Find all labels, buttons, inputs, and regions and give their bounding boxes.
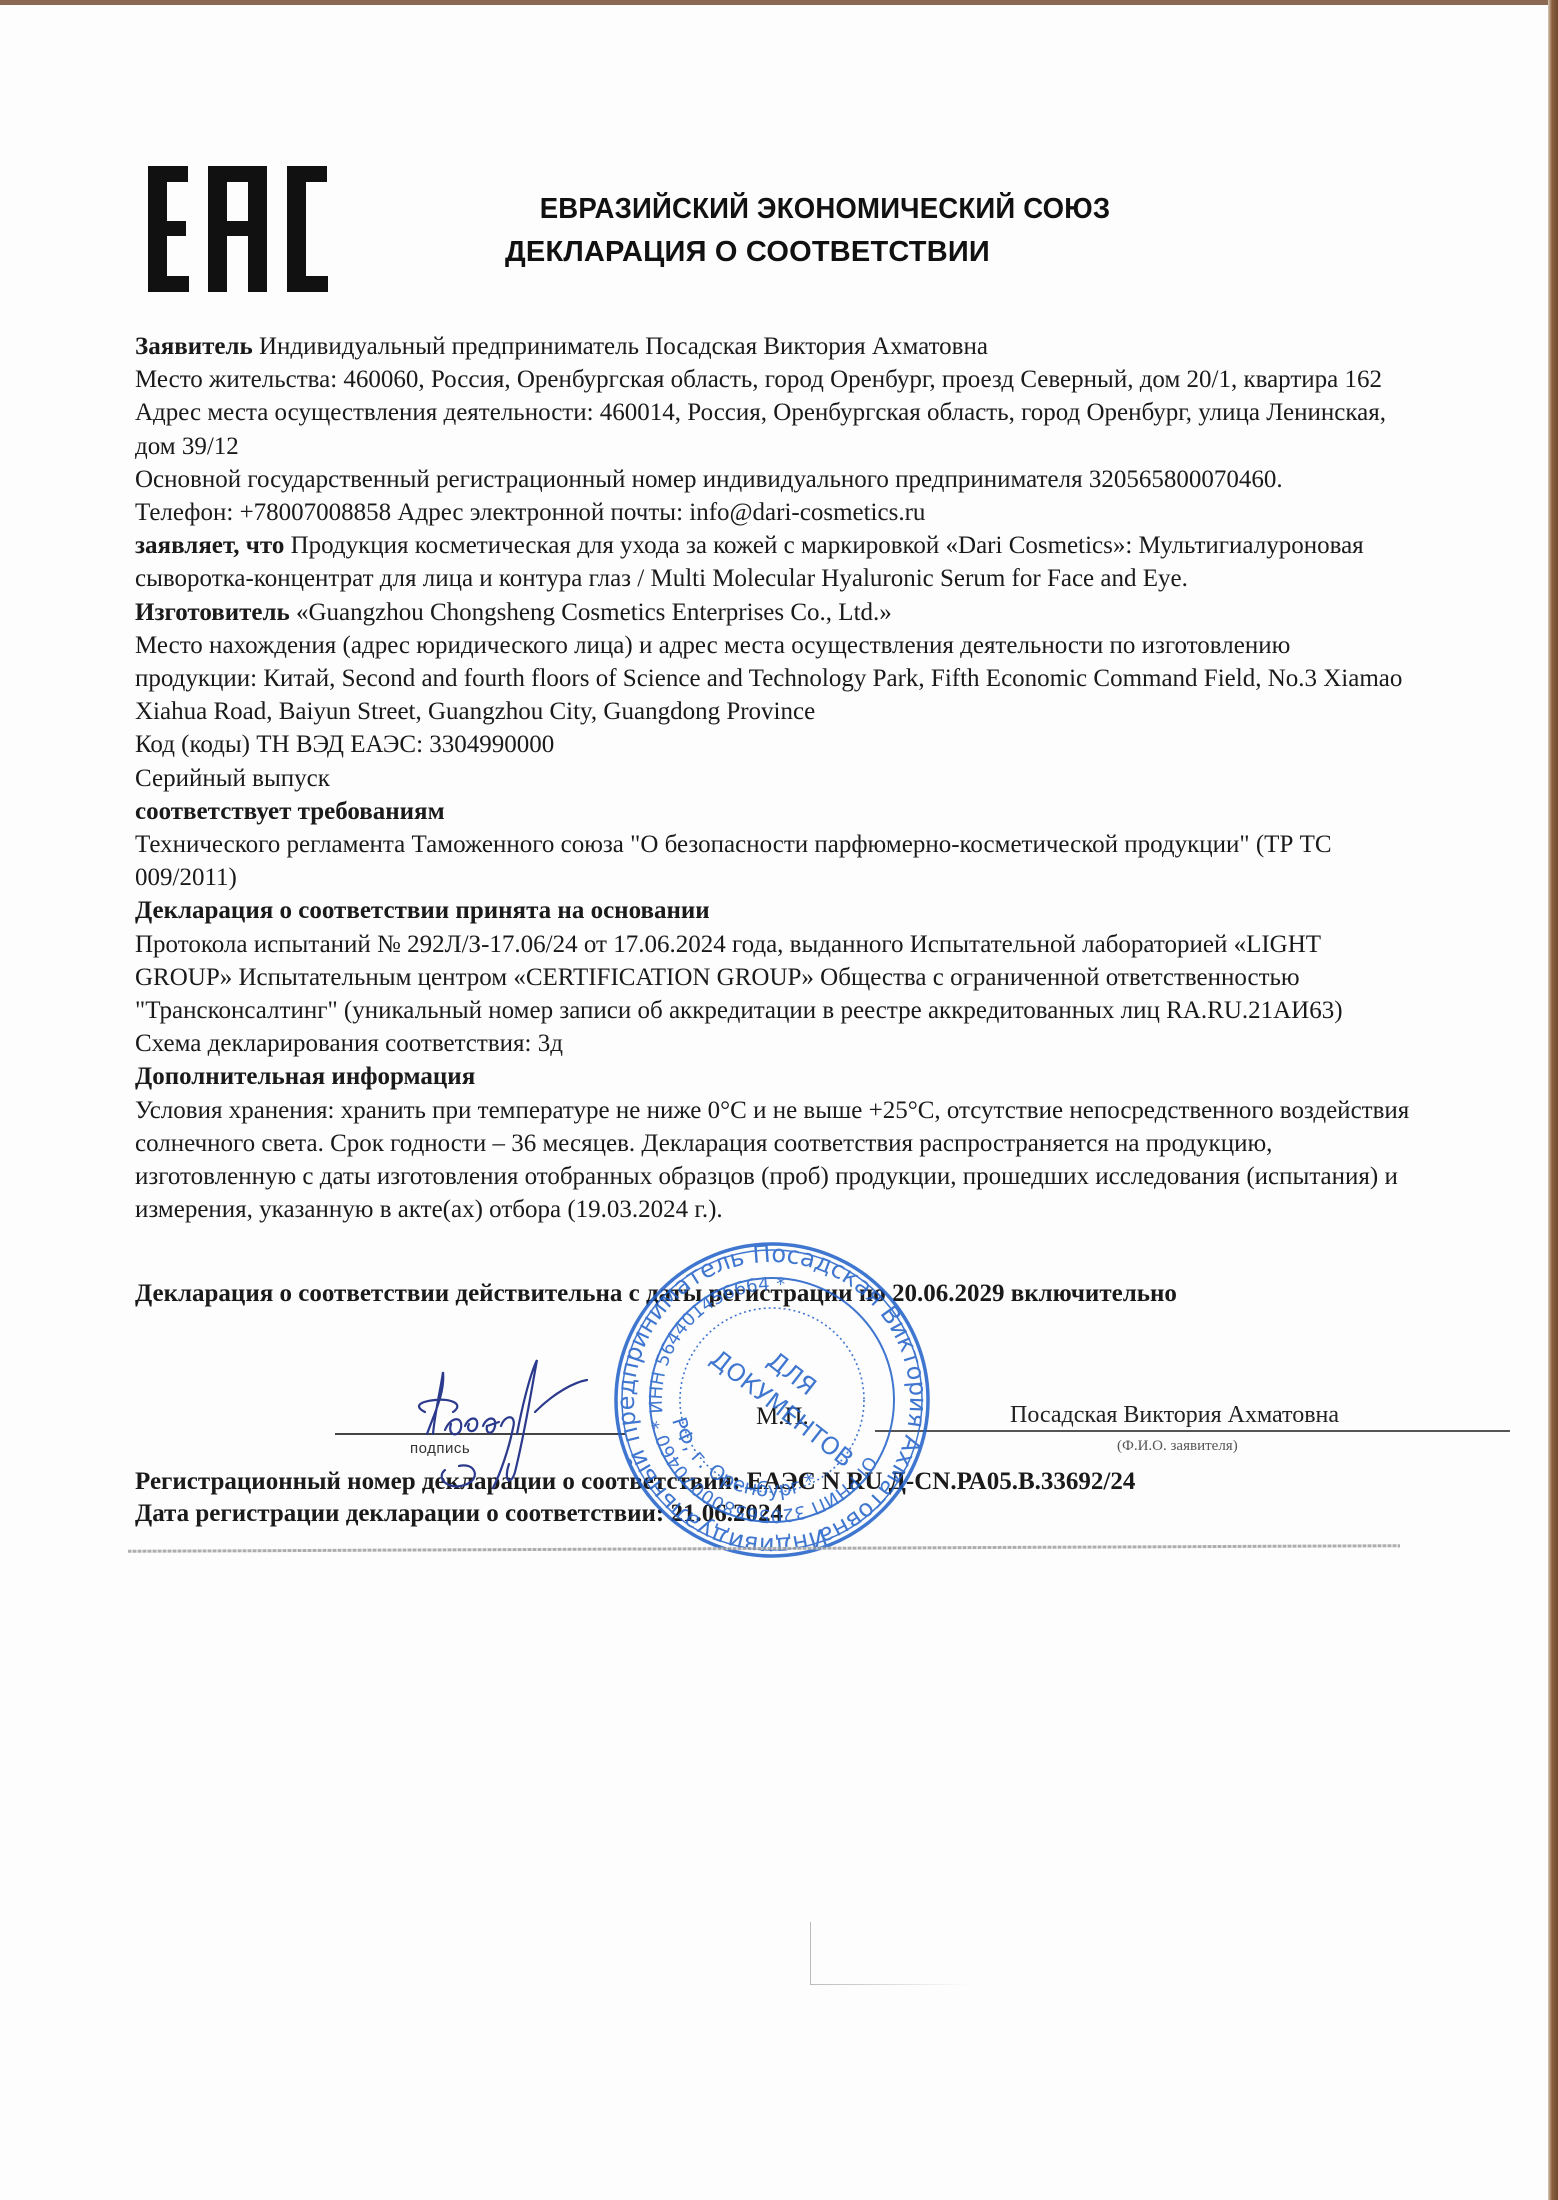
- name-line: [875, 1430, 1510, 1432]
- applicant-residence: Место жительства: 460060, Россия, Оренбу…: [135, 363, 1415, 396]
- applicant-line: Заявитель Индивидуальный предприниматель…: [135, 330, 1415, 363]
- scan-edge-top: [0, 0, 1558, 5]
- applicant-activity-address: Адрес места осуществления деятельности: …: [135, 396, 1415, 462]
- handwritten-signature-icon: [405, 1352, 605, 1492]
- manufacturer-address: Место нахождения (адрес юридического лиц…: [135, 629, 1415, 729]
- applicant-ogrnip: Основной государственный регистрационный…: [135, 463, 1415, 496]
- compliance-label: соответствует требованиям: [135, 795, 1415, 828]
- applicant-name-label: (Ф.И.О. заявителя): [1117, 1438, 1238, 1455]
- applicant-value: Индивидуальный предприниматель Посадская…: [253, 333, 988, 360]
- applicant-name: Посадская Виктория Ахматовна: [1010, 1402, 1339, 1429]
- scan-edge-right: [1548, 0, 1558, 2200]
- manufacturer-value: «Guangzhou Chongsheng Cosmetics Enterpri…: [290, 599, 892, 626]
- scan-artifact: [810, 1922, 811, 1984]
- manufacturer-label: Изготовитель: [135, 599, 290, 626]
- manufacturer-line: Изготовитель «Guangzhou Chongsheng Cosme…: [135, 596, 1415, 629]
- declaration-body: Заявитель Индивидуальный предприниматель…: [135, 330, 1415, 1226]
- document-title: ДЕКЛАРАЦИЯ О СООТВЕТСТВИИ: [230, 236, 1265, 269]
- basis-label: Декларация о соответствии принята на осн…: [135, 894, 1415, 927]
- basis-value: Протокола испытаний № 292Л/З-17.06/24 от…: [135, 928, 1415, 1028]
- declares-line: заявляет, что Продукция косметическая дл…: [135, 529, 1415, 595]
- additional-value: Условия хранения: хранить при температур…: [135, 1094, 1415, 1227]
- hs-code: Код (коды) ТН ВЭД ЕАЭС: 3304990000: [135, 728, 1415, 761]
- release-type: Серийный выпуск: [135, 762, 1415, 795]
- scan-artifact: [810, 1984, 970, 1985]
- declares-value: Продукция косметическая для ухода за кож…: [135, 532, 1364, 592]
- eac-mark-icon: [148, 166, 328, 292]
- applicant-contacts: Телефон: +78007008858 Адрес электронной …: [135, 496, 1415, 529]
- additional-label: Дополнительная информация: [135, 1060, 1415, 1093]
- applicant-label: Заявитель: [135, 333, 253, 360]
- declares-label: заявляет, что: [135, 532, 284, 559]
- company-stamp-icon: Индивидуальный предприниматель Посадская…: [612, 1240, 932, 1560]
- compliance-value: Технического регламента Таможенного союз…: [135, 828, 1415, 894]
- declaration-scheme: Схема декларирования соответствия: 3д: [135, 1027, 1415, 1060]
- union-title: ЕВРАЗИЙСКИЙ ЭКОНОМИЧЕСКИЙ СОЮЗ: [260, 193, 1391, 226]
